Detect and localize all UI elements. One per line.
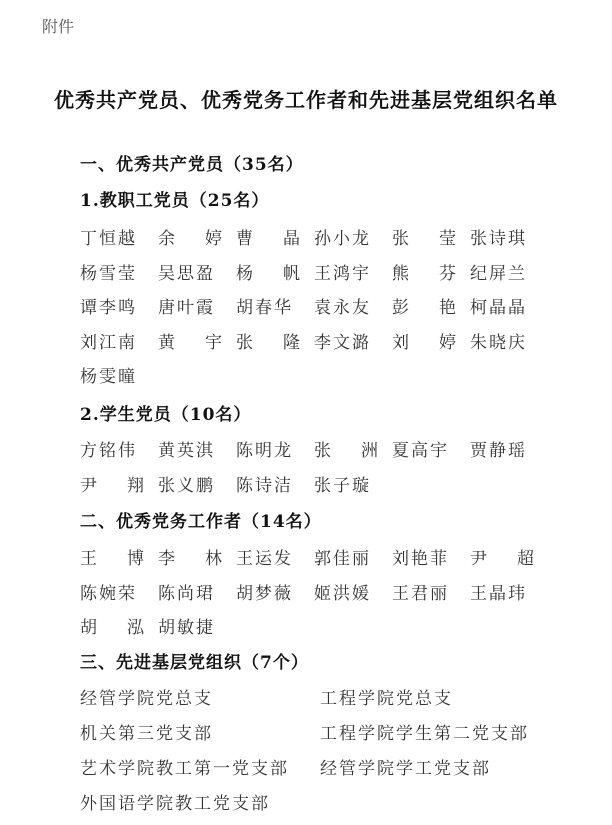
names-row: 丁恒越余婷曹晶孙小龙张莹张诗琪 [80,224,540,259]
organization-row: 经管学院党总支工程学院党总支 [80,684,560,719]
organization-item: 工程学院学生第二党支部 [320,719,529,744]
person-name: 张洲 [314,436,378,461]
person-name: 杨雪莹 [80,259,140,284]
names-row: 谭李鸣唐叶霞胡春华袁永友彭艳柯晶晶 [80,293,540,328]
person-name: 胡春华 [236,293,296,318]
person-name: 方铭伟 [80,436,140,461]
names-row: 胡泓胡敏捷 [80,613,540,648]
person-name: 唐叶霞 [158,293,218,318]
person-name: 胡泓 [80,613,144,638]
names-row: 尹翔张义鹏陈诗洁张子璇 [80,471,540,506]
organization-item: 工程学院党总支 [320,684,453,709]
person-name: 胡敏捷 [158,613,218,638]
person-name: 张隆 [236,328,300,353]
organization-item: 艺术学院教工第一党支部 [80,754,289,779]
person-name: 王博 [80,544,144,569]
person-name: 胡梦薇 [236,579,296,604]
subsection-heading-staff: 1.教职工党员（25名） [80,186,269,211]
organizations-list: 经管学院党总支工程学院党总支机关第三党支部工程学院学生第二党支部艺术学院教工第一… [80,684,560,824]
person-name: 尹超 [470,544,534,569]
person-name: 张子璇 [314,471,374,496]
staff-names-list: 丁恒越余婷曹晶孙小龙张莹张诗琪杨雪莹吴思盈杨帆王鸿宇熊芬纪屏兰谭李鸣唐叶霞胡春华… [80,224,540,397]
organization-row: 机关第三党支部工程学院学生第二党支部 [80,719,560,754]
document-title: 优秀共产党员、优秀党务工作者和先进基层党组织名单 [0,84,612,113]
person-name: 曹晶 [236,224,300,249]
section-heading-organizations: 三、先进基层党组织（7个） [80,648,309,673]
person-name: 彭艳 [392,293,456,318]
person-name: 李文潞 [314,328,374,353]
person-name: 余婷 [158,224,222,249]
person-name: 丁恒越 [80,224,140,249]
person-name: 吴思盈 [158,259,218,284]
organization-item: 经管学院党总支 [80,684,213,709]
person-name: 张义鹏 [158,471,218,496]
person-name: 王运发 [236,544,296,569]
person-name: 王鸿宇 [314,259,374,284]
person-name: 孙小龙 [314,224,374,249]
subsection-heading-students: 2.学生党员（10名） [80,400,251,425]
person-name: 刘婷 [392,328,456,353]
person-name: 杨雯曈 [80,362,140,387]
person-name: 黄宇 [158,328,222,353]
person-name: 张莹 [392,224,456,249]
person-name: 王晶玮 [470,579,530,604]
person-name: 陈诗洁 [236,471,296,496]
person-name: 夏高宇 [392,436,452,461]
person-name: 郭佳丽 [314,544,374,569]
person-name: 纪屏兰 [470,259,530,284]
person-name: 陈尚珺 [158,579,218,604]
person-name: 袁永友 [314,293,374,318]
organization-row: 艺术学院教工第一党支部经管学院学工党支部 [80,754,560,789]
names-row: 杨雯曈 [80,362,540,397]
party-worker-names-list: 王博李林王运发郭佳丽刘艳菲尹超陈婉荣陈尚珺胡梦薇姬洪媛王君丽王晶玮胡泓胡敏捷 [80,544,540,648]
person-name: 李林 [158,544,222,569]
person-name: 黄英淇 [158,436,218,461]
person-name: 柯晶晶 [470,293,530,318]
organization-item: 外国语学院教工党支部 [80,789,270,814]
person-name: 刘艳菲 [392,544,452,569]
names-row: 陈婉荣陈尚珺胡梦薇姬洪媛王君丽王晶玮 [80,579,540,614]
person-name: 刘江南 [80,328,140,353]
organization-item: 机关第三党支部 [80,719,213,744]
names-row: 刘江南黄宇张隆李文潞刘婷朱晓庆 [80,328,540,363]
section-heading-party-members: 一、优秀共产党员（35名） [80,150,304,175]
person-name: 王君丽 [392,579,452,604]
person-name: 陈明龙 [236,436,296,461]
person-name: 陈婉荣 [80,579,140,604]
person-name: 张诗琪 [470,224,530,249]
person-name: 熊芬 [392,259,456,284]
person-name: 贾静瑶 [470,436,530,461]
person-name: 谭李鸣 [80,293,140,318]
organization-row: 外国语学院教工党支部 [80,789,560,824]
person-name: 尹翔 [80,471,144,496]
organization-item: 经管学院学工党支部 [320,754,491,779]
person-name: 朱晓庆 [470,328,530,353]
person-name: 杨帆 [236,259,300,284]
names-row: 王博李林王运发郭佳丽刘艳菲尹超 [80,544,540,579]
student-names-list: 方铭伟黄英淇陈明龙张洲夏高宇贾静瑶尹翔张义鹏陈诗洁张子璇 [80,436,540,505]
person-name: 姬洪媛 [314,579,374,604]
names-row: 方铭伟黄英淇陈明龙张洲夏高宇贾静瑶 [80,436,540,471]
names-row: 杨雪莹吴思盈杨帆王鸿宇熊芬纪屏兰 [80,259,540,294]
section-heading-party-workers: 二、优秀党务工作者（14名） [80,507,322,532]
attachment-label: 附件 [42,14,74,37]
